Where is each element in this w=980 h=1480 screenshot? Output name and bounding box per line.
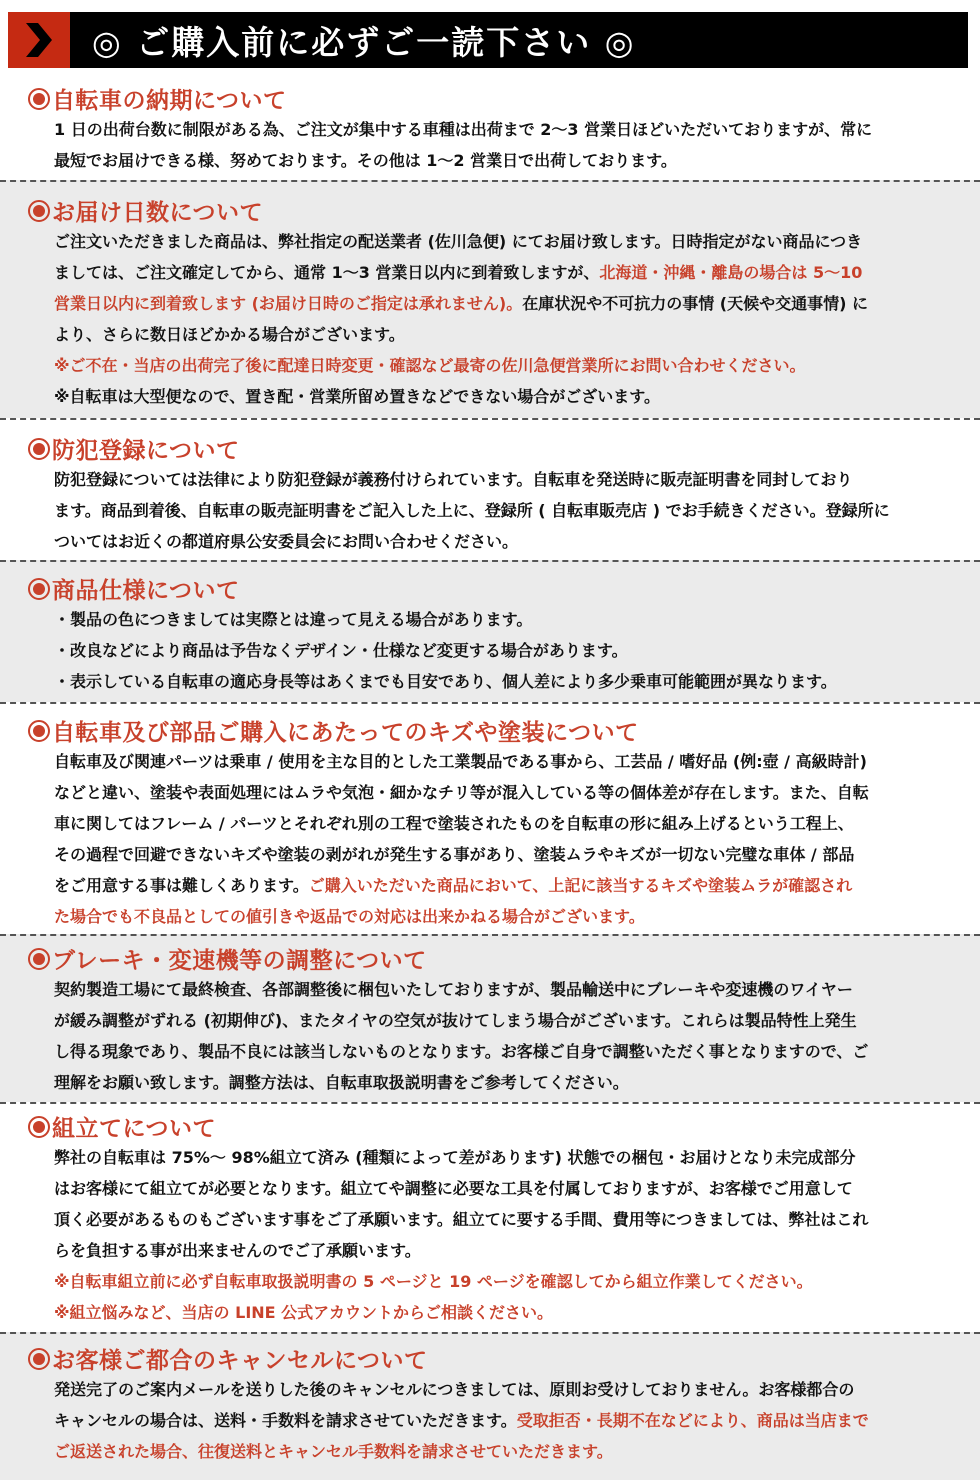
section-delivery-schedule: 自転車の納期について 1 日の出荷台数に制限がある為、ご注文が集中する車種は出荷… [0, 76, 980, 180]
body-text: ます。商品到着後、自転車の販売証明書をご記入した上に、登録所 ( 自転車販売店 … [54, 501, 890, 520]
bullet-circle-icon [28, 578, 50, 600]
body-text: 自転車及び関連パーツは乗車 / 使用を主な目的とした工業製品である事から、工芸品… [54, 752, 867, 771]
text-line: その過程で回避できないキズや塗装の剥がれが発生する事があり、塗装ムラやキズが一切… [54, 839, 964, 870]
body-text: ※自転車は大型便なので、置き配・営業所留め置きなどできない場合がございます。 [54, 387, 660, 406]
body-text: ましては、ご注文確定してから、通常 1〜3 営業日以内に到着致しますが、 [54, 263, 599, 282]
section-heading-text: お届け日数について [52, 194, 263, 227]
text-line: などと違い、塗装や表面処理にはムラや気泡・細かなチリ等が混入している等の個体差が… [54, 777, 964, 808]
text-line: が緩み調整がずれる (初期伸び)、またタイヤの空気が抜けてしまう場合がございます… [54, 1005, 964, 1036]
section-heading: お客様ご都合のキャンセルについて [28, 1342, 428, 1375]
body-text: 弊社の自転車は 75%〜 98%組立て済み (種類によって差があります) 状態で… [54, 1148, 856, 1167]
section-body: 弊社の自転車は 75%〜 98%組立て済み (種類によって差があります) 状態で… [54, 1142, 964, 1328]
text-line: 発送完了のご案内メールを送りした後のキャンセルにつきましては、原則お受けしており… [54, 1374, 964, 1405]
bullet-circle-icon [28, 720, 50, 742]
body-text: 最短でお届けできる様、努めております。その他は 1〜2 営業日で出荷しております… [54, 151, 677, 170]
body-text: ・製品の色につきましては実際とは違って見える場合があります。 [54, 610, 532, 629]
body-text: などと違い、塗装や表面処理にはムラや気泡・細かなチリ等が混入している等の個体差が… [54, 783, 869, 802]
text-line: 頂く必要があるものもございます事をご了承願います。組立てに要する手間、費用等につ… [54, 1204, 964, 1235]
section-crime-prevention-registration: 防犯登録について 防犯登録については法律により防犯登録が義務付けられています。自… [0, 418, 980, 560]
text-line: ※組立悩みなど、当店の LINE 公式アカウントからご相談ください。 [54, 1297, 964, 1328]
text-line: ご注文いただきました商品は、弊社指定の配送業者 (佐川急便) にてお届け致します… [54, 226, 964, 257]
bullet-circle-icon [28, 200, 50, 222]
text-line: ※自転車組立前に必ず自転車取扱説明書の 5 ページと 19 ページを確認してから… [54, 1266, 964, 1297]
body-text: 1 日の出荷台数に制限がある為、ご注文が集中する車種は出荷まで 2〜3 営業日ほ… [54, 120, 872, 139]
highlight-text: ※自転車組立前に必ず自転車取扱説明書の 5 ページと 19 ページを確認してから… [54, 1272, 813, 1291]
section-assembly: 組立てについて 弊社の自転車は 75%〜 98%組立て済み (種類によって差があ… [0, 1102, 980, 1332]
text-line: 理解をお願い致します。調整方法は、自転車取扱説明書をご参考してください。 [54, 1067, 964, 1098]
accent-block [8, 12, 70, 68]
text-line: 1 日の出荷台数に制限がある為、ご注文が集中する車種は出荷まで 2〜3 営業日ほ… [54, 114, 964, 145]
body-text: が緩み調整がずれる (初期伸び)、またタイヤの空気が抜けてしまう場合がございます… [54, 1011, 857, 1030]
section-body: ご注文いただきました商品は、弊社指定の配送業者 (佐川急便) にてお届け致します… [54, 226, 964, 412]
body-text: その過程で回避できないキズや塗装の剥がれが発生する事があり、塗装ムラやキズが一切… [54, 845, 854, 864]
text-line: ※自転車は大型便なので、置き配・営業所留め置きなどできない場合がございます。 [54, 381, 964, 412]
highlight-text: た場合でも不良品としての値引きや返品での対応は出来かねる場合がございます。 [54, 907, 645, 926]
body-text: より、さらに数日ほどかかる場合がございます。 [54, 325, 405, 344]
body-text: らを負担する事が出来ませんのでご了承願います。 [54, 1241, 421, 1260]
text-line: ご返送された場合、往復送料とキャンセル手数料を請求させていただきます。 [54, 1436, 964, 1467]
body-text: 在庫状況や不可抗力の事情 (天候や交通事情) に [522, 294, 868, 313]
section-heading-text: 自転車及び部品ご購入にあたってのキズや塗装について [52, 714, 639, 747]
highlight-text: 営業日以内に到着致します (お届け日時のご指定は承れません)。 [54, 294, 522, 313]
text-line: 営業日以内に到着致します (お届け日時のご指定は承れません)。在庫状況や不可抗力… [54, 288, 964, 319]
section-heading-text: 自転車の納期について [52, 82, 287, 115]
text-line: 契約製造工場にて最終検査、各部調整後に梱包いたしておりますが、製品輸送中にブレー… [54, 974, 964, 1005]
body-text: キャンセルの場合は、送料・手数料を請求させていただきます。 [54, 1411, 517, 1430]
bullet-circle-icon [28, 1348, 50, 1370]
text-line: し得る現象であり、製品不良には該当しないものとなります。お客様ご自身で調整いただ… [54, 1036, 964, 1067]
text-line: らを負担する事が出来ませんのでご了承願います。 [54, 1235, 964, 1266]
body-text: し得る現象であり、製品不良には該当しないものとなります。お客様ご自身で調整いただ… [54, 1042, 868, 1061]
text-line: 最短でお届けできる様、努めております。その他は 1〜2 営業日で出荷しております… [54, 145, 964, 176]
section-heading: ブレーキ・変速機等の調整について [28, 942, 427, 975]
highlight-text: ※組立悩みなど、当店の LINE 公式アカウントからご相談ください。 [54, 1303, 553, 1322]
section-heading: お届け日数について [28, 194, 263, 227]
section-product-specs: 商品仕様について ・製品の色につきましては実際とは違って見える場合があります。・… [0, 560, 980, 702]
body-text: ・改良などにより商品は予告なくデザイン・仕様など変更する場合があります。 [54, 641, 628, 660]
text-line: 弊社の自転車は 75%〜 98%組立て済み (種類によって差があります) 状態で… [54, 1142, 964, 1173]
bullet-circle-icon [28, 88, 50, 110]
highlight-text: ご購入いただいた商品において、上記に該当するキズや塗装ムラが確認され [309, 876, 852, 895]
bullet-circle-icon [28, 438, 50, 460]
text-line: ついてはお近くの都道府県公安委員会にお問い合わせください。 [54, 526, 964, 557]
body-text: 防犯登録については法律により防犯登録が義務付けられています。自転車を発送時に販売… [54, 470, 852, 489]
text-line: 自転車及び関連パーツは乗車 / 使用を主な目的とした工業製品である事から、工芸品… [54, 746, 964, 777]
text-line: ・表示している自転車の適応身長等はあくまでも目安であり、個人差により多少乗車可能… [54, 666, 964, 697]
text-line: をご用意する事は難しくあります。ご購入いただいた商品において、上記に該当するキズ… [54, 870, 964, 901]
section-heading-text: 防犯登録について [52, 432, 240, 465]
section-delivery-days: お届け日数について ご注文いただきました商品は、弊社指定の配送業者 (佐川急便)… [0, 180, 980, 418]
section-heading-text: 組立てについて [52, 1110, 216, 1143]
body-text: はお客様にて組立てが必要となります。組立てや調整に必要な工具を付属しておりますが… [54, 1179, 853, 1198]
section-body: 防犯登録については法律により防犯登録が義務付けられています。自転車を発送時に販売… [54, 464, 964, 557]
text-line: ます。商品到着後、自転車の販売証明書をご記入した上に、登録所 ( 自転車販売店 … [54, 495, 964, 526]
body-text: ・表示している自転車の適応身長等はあくまでも目安であり、個人差により多少乗車可能… [54, 672, 837, 691]
text-line: ましては、ご注文確定してから、通常 1〜3 営業日以内に到着致しますが、北海道・… [54, 257, 964, 288]
bullet-circle-icon [28, 1116, 50, 1138]
section-heading-text: ブレーキ・変速機等の調整について [52, 942, 427, 975]
text-line: ・改良などにより商品は予告なくデザイン・仕様など変更する場合があります。 [54, 635, 964, 666]
highlight-text: 北海道・沖縄・離島の場合は 5〜10 [599, 263, 862, 282]
section-body: 自転車及び関連パーツは乗車 / 使用を主な目的とした工業製品である事から、工芸品… [54, 746, 964, 932]
text-line: 車に関してはフレーム / パーツとそれぞれ別の工程で塗装されたものを自転車の形に… [54, 808, 964, 839]
bullet-circle-icon [28, 948, 50, 970]
text-line: ※ご不在・当店の出荷完了後に配達日時変更・確認など最寄の佐川急便営業所にお問い合… [54, 350, 964, 381]
text-line: た場合でも不良品としての値引きや返品での対応は出来かねる場合がございます。 [54, 901, 964, 932]
text-line: キャンセルの場合は、送料・手数料を請求させていただきます。受取拒否・長期不在など… [54, 1405, 964, 1436]
section-heading: 防犯登録について [28, 432, 240, 465]
section-brake-adjustment: ブレーキ・変速機等の調整について 契約製造工場にて最終検査、各部調整後に梱包いた… [0, 934, 980, 1102]
highlight-text: 受取拒否・長期不在などにより、商品は当店まで [517, 1411, 869, 1430]
body-text: 契約製造工場にて最終検査、各部調整後に梱包いたしておりますが、製品輸送中にブレー… [54, 980, 853, 999]
body-text: 頂く必要があるものもございます事をご了承願います。組立てに要する手間、費用等につ… [54, 1210, 868, 1229]
highlight-text: ※ご不在・当店の出荷完了後に配達日時変更・確認など最寄の佐川急便営業所にお問い合… [54, 356, 806, 375]
section-heading: 商品仕様について [28, 572, 240, 605]
page-title: ◎ ご購入前に必ずご一読下さい ◎ [92, 17, 636, 64]
body-text: 発送完了のご案内メールを送りした後のキャンセルにつきましては、原則お受けしており… [54, 1380, 854, 1399]
text-line: ・製品の色につきましては実際とは違って見える場合があります。 [54, 604, 964, 635]
chevron-right-icon [24, 23, 54, 57]
body-text: 車に関してはフレーム / パーツとそれぞれ別の工程で塗装されたものを自転車の形に… [54, 814, 854, 833]
section-heading: 自転車の納期について [28, 82, 287, 115]
body-text: 理解をお願い致します。調整方法は、自転車取扱説明書をご参考してください。 [54, 1073, 629, 1092]
section-scratches-paint: 自転車及び部品ご購入にあたってのキズや塗装について 自転車及び関連パーツは乗車 … [0, 702, 980, 934]
highlight-text: ご返送された場合、往復送料とキャンセル手数料を請求させていただきます。 [54, 1442, 613, 1461]
body-text: ご注文いただきました商品は、弊社指定の配送業者 (佐川急便) にてお届け致します… [54, 232, 862, 251]
body-text: ついてはお近くの都道府県公安委員会にお問い合わせください。 [54, 532, 518, 551]
section-heading-text: お客様ご都合のキャンセルについて [52, 1342, 428, 1375]
page-header: ◎ ご購入前に必ずご一読下さい ◎ [8, 12, 968, 68]
text-line: より、さらに数日ほどかかる場合がございます。 [54, 319, 964, 350]
section-heading: 自転車及び部品ご購入にあたってのキズや塗装について [28, 714, 639, 747]
section-body: 発送完了のご案内メールを送りした後のキャンセルにつきましては、原則お受けしており… [54, 1374, 964, 1467]
body-text: をご用意する事は難しくあります。 [54, 876, 309, 895]
text-line: はお客様にて組立てが必要となります。組立てや調整に必要な工具を付属しておりますが… [54, 1173, 964, 1204]
section-body: 契約製造工場にて最終検査、各部調整後に梱包いたしておりますが、製品輸送中にブレー… [54, 974, 964, 1098]
section-body: ・製品の色につきましては実際とは違って見える場合があります。・改良などにより商品… [54, 604, 964, 697]
section-body: 1 日の出荷台数に制限がある為、ご注文が集中する車種は出荷まで 2〜3 営業日ほ… [54, 114, 964, 176]
section-heading: 組立てについて [28, 1110, 216, 1143]
section-cancellation: お客様ご都合のキャンセルについて 発送完了のご案内メールを送りした後のキャンセル… [0, 1332, 980, 1480]
text-line: 防犯登録については法律により防犯登録が義務付けられています。自転車を発送時に販売… [54, 464, 964, 495]
section-heading-text: 商品仕様について [52, 572, 240, 605]
